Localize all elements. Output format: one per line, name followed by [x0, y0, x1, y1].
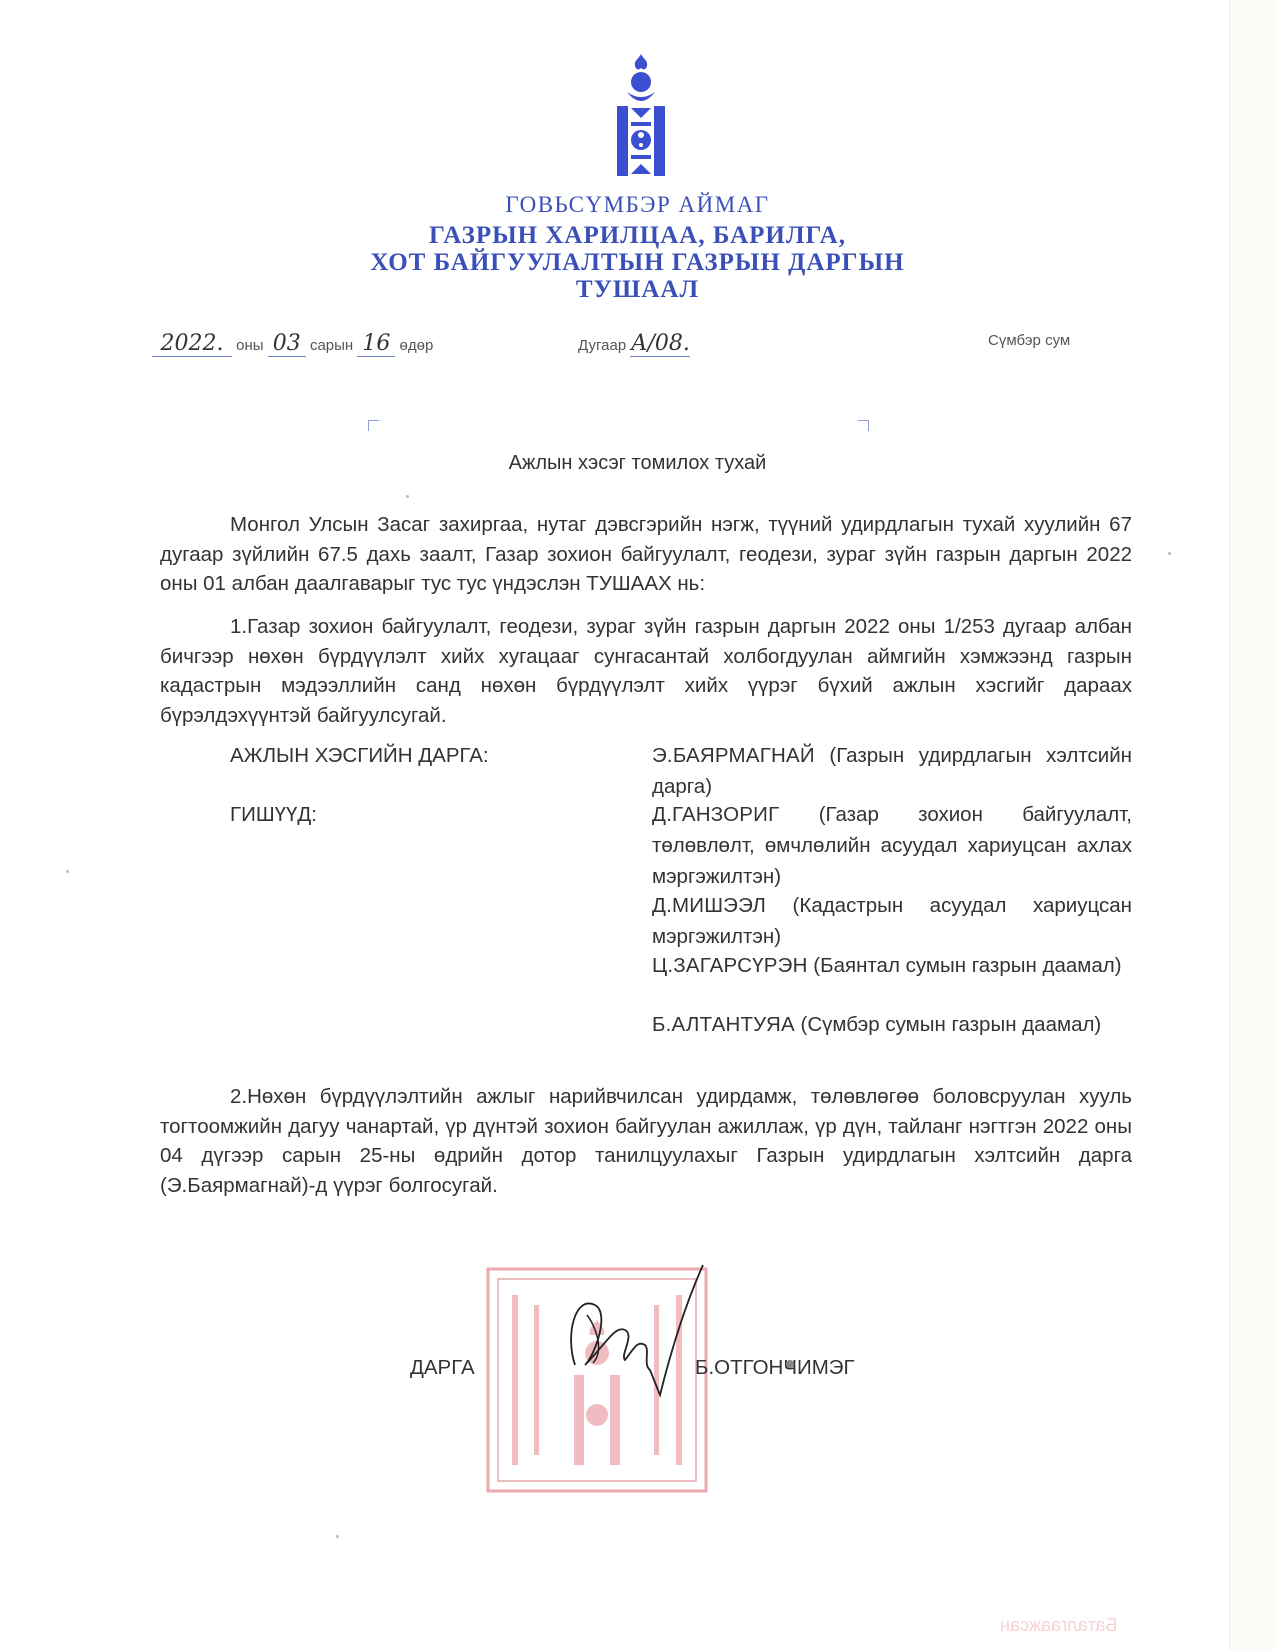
handwritten-signature — [565, 1255, 705, 1425]
member-role: (Сүмбэр сумын газрын даамал) — [801, 1013, 1102, 1036]
signatory-title: ДАРГА — [410, 1356, 475, 1380]
month-suffix: сарын — [310, 337, 353, 354]
members-label: ГИШҮҮД: — [230, 803, 317, 827]
bleedthrough-text: Баталгаажсан — [1000, 1615, 1117, 1636]
working-group-head-label: АЖЛЫН ХЭСГИЙН ДАРГА: — [230, 744, 489, 768]
clause-2-paragraph: 2.Нөхөн бүрдүүлэлтийн ажлыг нарийвчилсан… — [160, 1082, 1132, 1200]
agency-line-2: ХОТ БАЙГУУЛАЛТЫН ГАЗРЫН ДАРГЫН — [0, 249, 1275, 276]
agency-line-1: ГАЗРЫН ХАРИЛЦАА, БАРИЛГА, — [0, 222, 1275, 249]
agency-title: ГАЗРЫН ХАРИЛЦАА, БАРИЛГА, ХОТ БАЙГУУЛАЛТ… — [0, 222, 1275, 303]
document-subject: Ажлын хэсэг томилох тухай — [0, 452, 1275, 475]
handwritten-day: 16 — [357, 332, 395, 357]
soyombo-emblem-icon — [616, 52, 666, 178]
working-group-head: Э.БАЯРМАГНАЙ (Газрын удирдлагын хэлтсийн… — [652, 740, 1132, 802]
member-name: Ц.ЗАГАРСҮРЭН — [652, 954, 808, 977]
member-name: Б.АЛТАНТУЯА — [652, 1013, 795, 1036]
scan-speck — [786, 1360, 794, 1368]
scan-speck — [1168, 552, 1171, 555]
scan-speck — [336, 1535, 339, 1538]
scan-speck — [406, 495, 409, 498]
member-name: Д.МИШЭЭЛ — [652, 894, 766, 917]
member-item: Ц.ЗАГАРСҮРЭН (Баянтал сумын газрын даама… — [652, 950, 1132, 981]
member-item: Д.МИШЭЭЛ (Кадастрын асуудал хариуцсан мэ… — [652, 890, 1132, 952]
day-suffix: өдөр — [400, 337, 434, 354]
member-item: Д.ГАНЗОРИГ (Газар зохион байгуулалт, төл… — [652, 799, 1132, 892]
preamble-paragraph: Монгол Улсын Засаг захиргаа, нутаг дэвсг… — [160, 510, 1132, 599]
handwritten-year: 2022. — [152, 332, 232, 357]
member-item: Б.АЛТАНТУЯА (Сүмбэр сумын газрын даамал) — [652, 1009, 1132, 1040]
handwritten-month: 03 — [268, 332, 306, 357]
member-role: (Баянтал сумын газрын даамал) — [813, 954, 1121, 977]
number-label: Дугаар — [578, 337, 626, 354]
document-type: ТУШААЛ — [0, 276, 1275, 303]
province-name: ГОВЬСҮМБЭР АЙМАГ — [0, 192, 1275, 218]
order-number-field: Дугаар А/08. — [578, 332, 690, 357]
date-field: 2022. оны 03 сарын 16 өдөр — [152, 332, 433, 357]
signatory-name: Б.ОТГОНЧИМЭГ — [695, 1356, 855, 1380]
document-page: ГОВЬСҮМБЭР АЙМАГ ГАЗРЫН ХАРИЛЦАА, БАРИЛГ… — [0, 0, 1275, 1650]
place-name: Сүмбэр сум — [988, 332, 1070, 349]
scan-speck — [66, 870, 69, 873]
year-suffix: оны — [236, 337, 263, 354]
member-name: Д.ГАНЗОРИГ — [652, 803, 779, 826]
handwritten-order-number: А/08. — [630, 332, 690, 357]
title-corner-mark-left — [368, 420, 379, 431]
title-corner-mark-right — [858, 420, 869, 431]
clause-1-paragraph: 1.Газар зохион байгуулалт, геодези, зура… — [160, 612, 1132, 730]
head-name: Э.БАЯРМАГНАЙ — [652, 744, 815, 767]
